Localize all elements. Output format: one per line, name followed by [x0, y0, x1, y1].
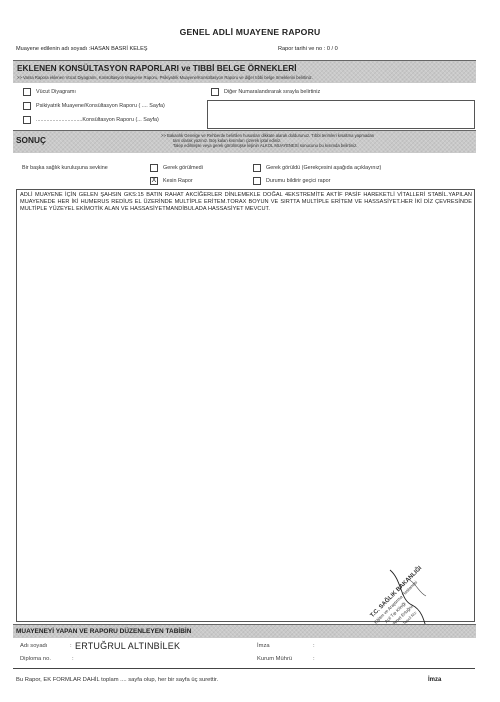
label-temporary-report: Durumu bildirir geçici rapor — [266, 178, 330, 184]
other-documents-field[interactable] — [207, 100, 475, 129]
signature-label: İmza — [257, 643, 270, 649]
result-note: >> Bakanlık Genelge ve Rehberde belirtil… — [161, 133, 374, 149]
label-consultation-report: ...............................Konsültas… — [36, 117, 159, 123]
result-section-header: SONUÇ >> Bakanlık Genelge ve Rehberde be… — [13, 130, 476, 153]
patient-line: Muayene edilenin adı soyadı :HASAN BASRİ… — [16, 46, 148, 52]
checkbox-required[interactable] — [253, 164, 261, 172]
seal-colon: : — [313, 656, 315, 662]
attachments-note: >> Varsa Rapora eklenen Vücut Diyagramı,… — [17, 75, 313, 80]
label-body-diagram: Vücut Diyagramı — [36, 89, 76, 95]
label-not-required: Gerek görülmedi — [163, 165, 203, 171]
result-note-line-3: Talep edilmişse veya gerek görülmüşse ki… — [161, 143, 374, 148]
attachments-section-header: EKLENEN KONSÜLTASYON RAPORLARI ve TIBBİ … — [13, 60, 476, 83]
report-value: 0 / 0 — [327, 46, 338, 52]
label-psychiatric-report: Psikiyatrik Muayene/Konsültasyon Raporu … — [36, 103, 165, 109]
patient-name: HASAN BASRİ KELEŞ — [90, 46, 147, 52]
footer-text: Bu Rapor, EK FORMLAR DAHİL toplam .... s… — [16, 677, 218, 683]
physician-section-header: MUAYENEYİ YAPAN VE RAPORU DÜZENLEYEN TAB… — [13, 624, 476, 638]
checkbox-final-report[interactable]: X — [150, 177, 158, 185]
patient-label: Muayene edilenin adı soyadı : — [16, 46, 90, 52]
checkbox-temporary-report[interactable] — [253, 177, 261, 185]
label-final-report: Kesin Rapor — [163, 178, 193, 184]
checkbox-consultation-report[interactable] — [23, 116, 31, 124]
referral-label: Bir başka sağlık kuruluşuna sevkine — [22, 165, 108, 171]
seal-label: Kurum Mührü — [257, 656, 292, 662]
report-title: GENEL ADLİ MUAYENE RAPORU — [0, 27, 500, 37]
label-required: Gerek görüldü (Gerekçesini aşağıda açıkl… — [266, 165, 381, 171]
signature-colon: : — [313, 643, 315, 649]
result-heading: SONUÇ — [16, 135, 46, 145]
checkbox-not-required[interactable] — [150, 164, 158, 172]
findings-box[interactable]: ADLİ MUAYENE İÇİN GELEN ŞAHSIN GKS:15 BA… — [16, 189, 475, 622]
checkbox-other-documents[interactable] — [211, 88, 219, 96]
physician-name-colon: : — [70, 643, 72, 649]
physician-name-label: Adı soyadı — [20, 643, 47, 649]
diploma-colon: : — [72, 656, 74, 662]
diploma-label: Diploma no. — [20, 656, 51, 662]
findings-text: ADLİ MUAYENE İÇİN GELEN ŞAHSIN GKS:15 BA… — [20, 192, 472, 213]
attachments-heading: EKLENEN KONSÜLTASYON RAPORLARI ve TIBBİ … — [17, 63, 297, 73]
footer-signature: İmza — [428, 677, 441, 683]
physician-name-value: ERTUĞRUL ALTINBİLEK — [75, 641, 180, 651]
report-label: Rapor tarihi ve no : — [278, 46, 325, 52]
checkbox-body-diagram[interactable] — [23, 88, 31, 96]
footer-divider — [13, 668, 475, 669]
checkbox-psychiatric-report[interactable] — [23, 102, 31, 110]
label-other-documents: Diğer Numaralandırarak sırayla belirtini… — [224, 89, 320, 95]
physician-heading: MUAYENEYİ YAPAN VE RAPORU DÜZENLEYEN TAB… — [16, 628, 191, 635]
report-number-line: Rapor tarihi ve no : 0 / 0 — [278, 46, 338, 52]
